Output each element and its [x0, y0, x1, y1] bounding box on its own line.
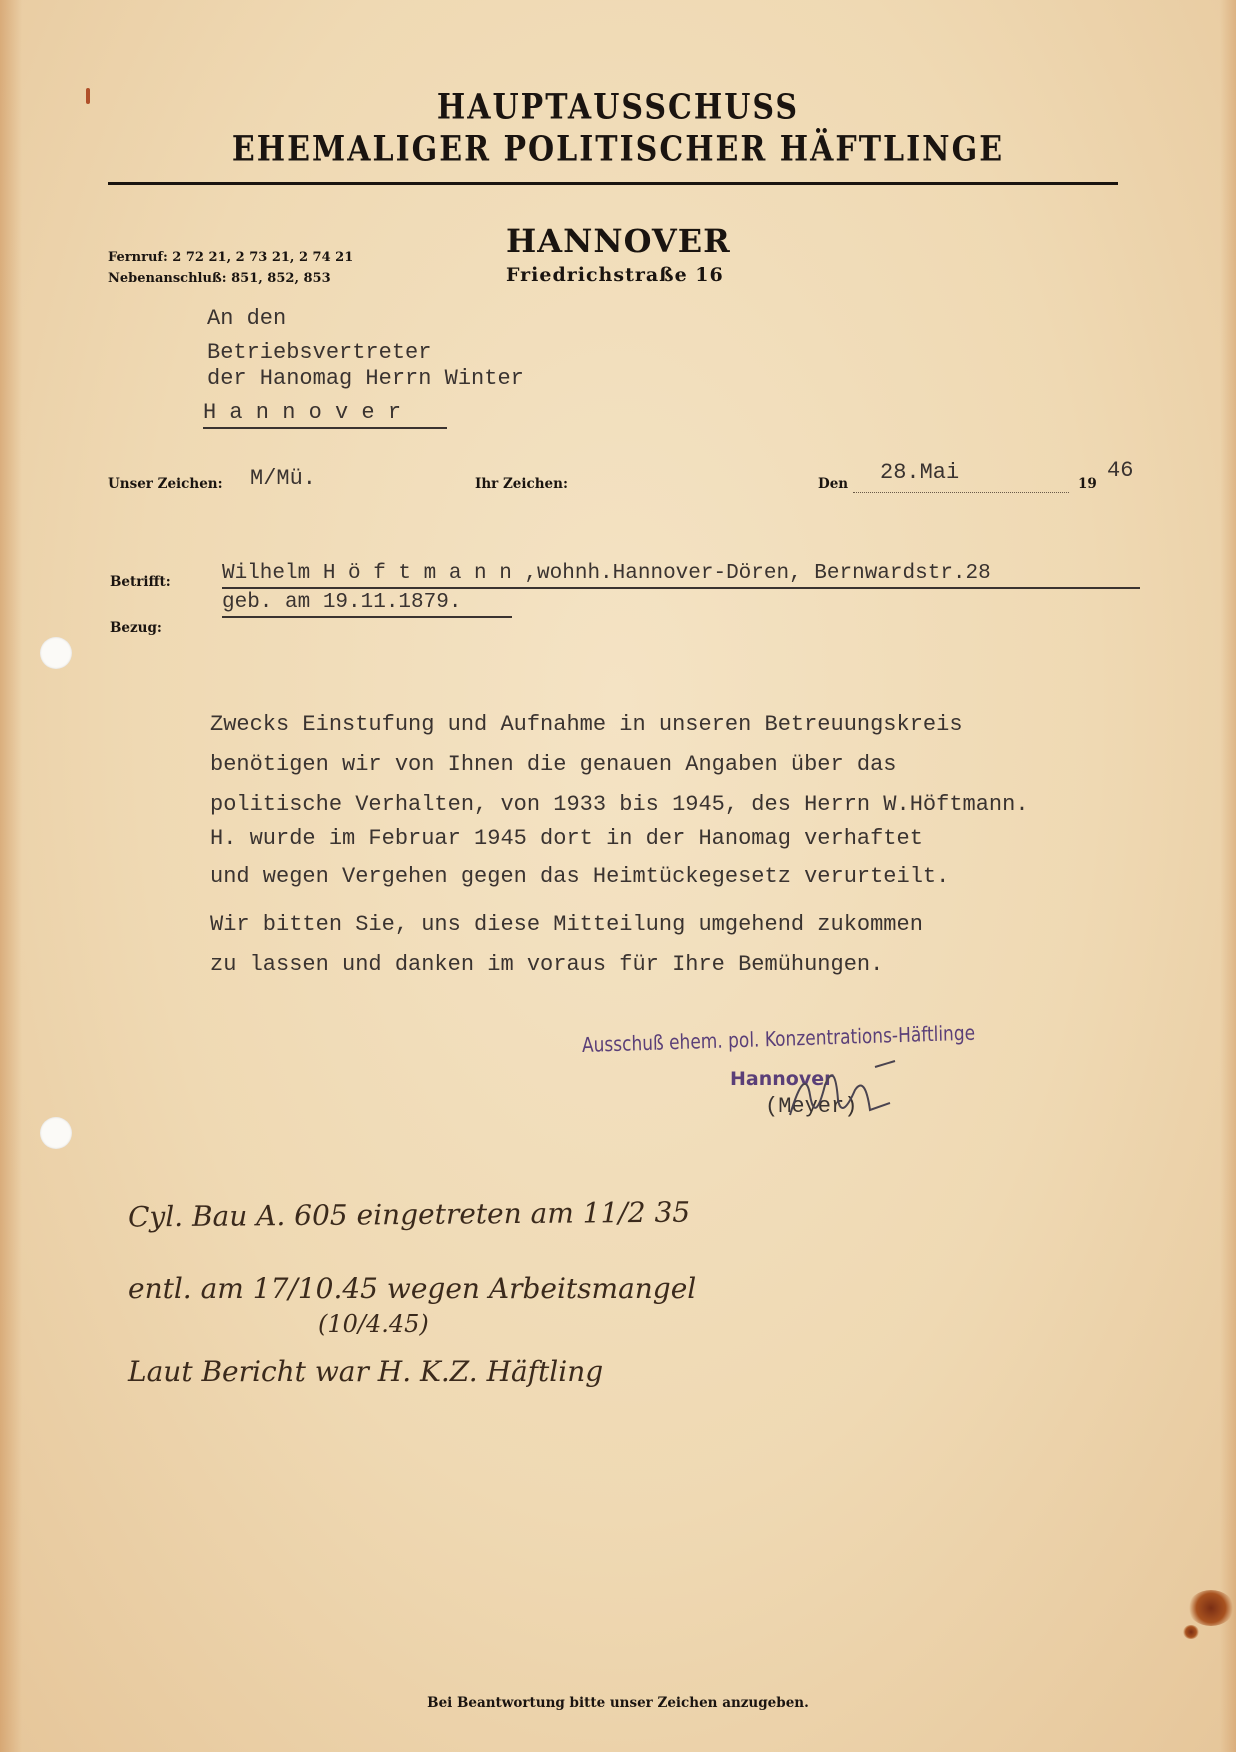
your-reference-label: Ihr Zeichen: — [475, 476, 568, 492]
rust-stain — [1188, 1590, 1234, 1626]
handwritten-signature — [780, 1055, 900, 1130]
handwritten-note-1: Cyl. Bau A. 605 eingetreten am 11/2 35 — [128, 1196, 690, 1234]
subject-label: Betrifft: — [110, 574, 171, 590]
our-reference-label: Unser Zeichen: — [108, 476, 223, 492]
recipient-line-3: der Hanomag Herrn Winter — [207, 366, 524, 391]
recipient-line-1: An den — [207, 306, 286, 331]
date-label: Den — [818, 476, 848, 492]
body-line-6: Wir bitten Sie, uns diese Mitteilung umg… — [210, 912, 923, 937]
city-heading: HANNOVER — [506, 222, 731, 260]
handwritten-note-4: Laut Bericht war H. K.Z. Häftling — [128, 1355, 603, 1388]
body-line-3: politische Verhalten, von 1933 bis 1945,… — [210, 792, 1029, 817]
footer-note: Bei Beantwortung bitte unser Zeichen anz… — [0, 1695, 1236, 1711]
subject-line-1: Wilhelm H ö f t m a n n ,wohnh.Hannover-… — [222, 562, 1140, 589]
letterhead-rule — [108, 182, 1118, 185]
phone-numbers: Fernruf: 2 72 21, 2 73 21, 2 74 21 — [108, 250, 353, 265]
recipient-city: H a n n o v e r — [203, 400, 447, 429]
rust-spot — [1183, 1625, 1199, 1639]
year-suffix: 46 — [1107, 458, 1133, 483]
letterhead-line1: HAUPTAUSSCHUSS — [0, 87, 1236, 127]
punch-hole-top — [40, 637, 72, 669]
paper-edge-left — [0, 0, 22, 1752]
recipient-line-2: Betriebsvertreter — [207, 340, 431, 365]
body-line-2: benötigen wir von Ihnen die genauen Anga… — [210, 752, 897, 777]
body-line-1: Zwecks Einstufung und Aufnahme in unsere… — [210, 712, 963, 737]
handwritten-note-3: (10/4.45) — [318, 1310, 429, 1338]
extension-numbers: Nebenanschluß: 851, 852, 853 — [108, 271, 331, 286]
year-prefix: 19 — [1078, 476, 1097, 492]
date-value: 28.Mai — [880, 460, 959, 485]
subject-line-2: geb. am 19.11.1879. — [222, 591, 512, 618]
bezug-label: Bezug: — [110, 620, 162, 636]
paper-edge-right — [1220, 0, 1236, 1752]
handwritten-note-2: entl. am 17/10.45 wegen Arbeitsmangel — [128, 1272, 696, 1305]
body-line-7: zu lassen und danken im voraus für Ihre … — [210, 952, 883, 977]
body-line-4: H. wurde im Februar 1945 dort in der Han… — [210, 826, 923, 851]
organization-stamp: Ausschuß ehem. pol. Konzentrations-Häftl… — [582, 1022, 976, 1058]
our-reference-value: M/Mü. — [250, 466, 316, 491]
street-address: Friedrichstraße 16 — [506, 264, 724, 286]
body-line-5: und wegen Vergehen gegen das Heimtückege… — [210, 864, 949, 889]
punch-hole-bottom — [40, 1117, 72, 1149]
date-dotted-line — [853, 486, 1069, 493]
letterhead-line2: EHEMALIGER POLITISCHER HÄFTLINGE — [0, 129, 1236, 169]
